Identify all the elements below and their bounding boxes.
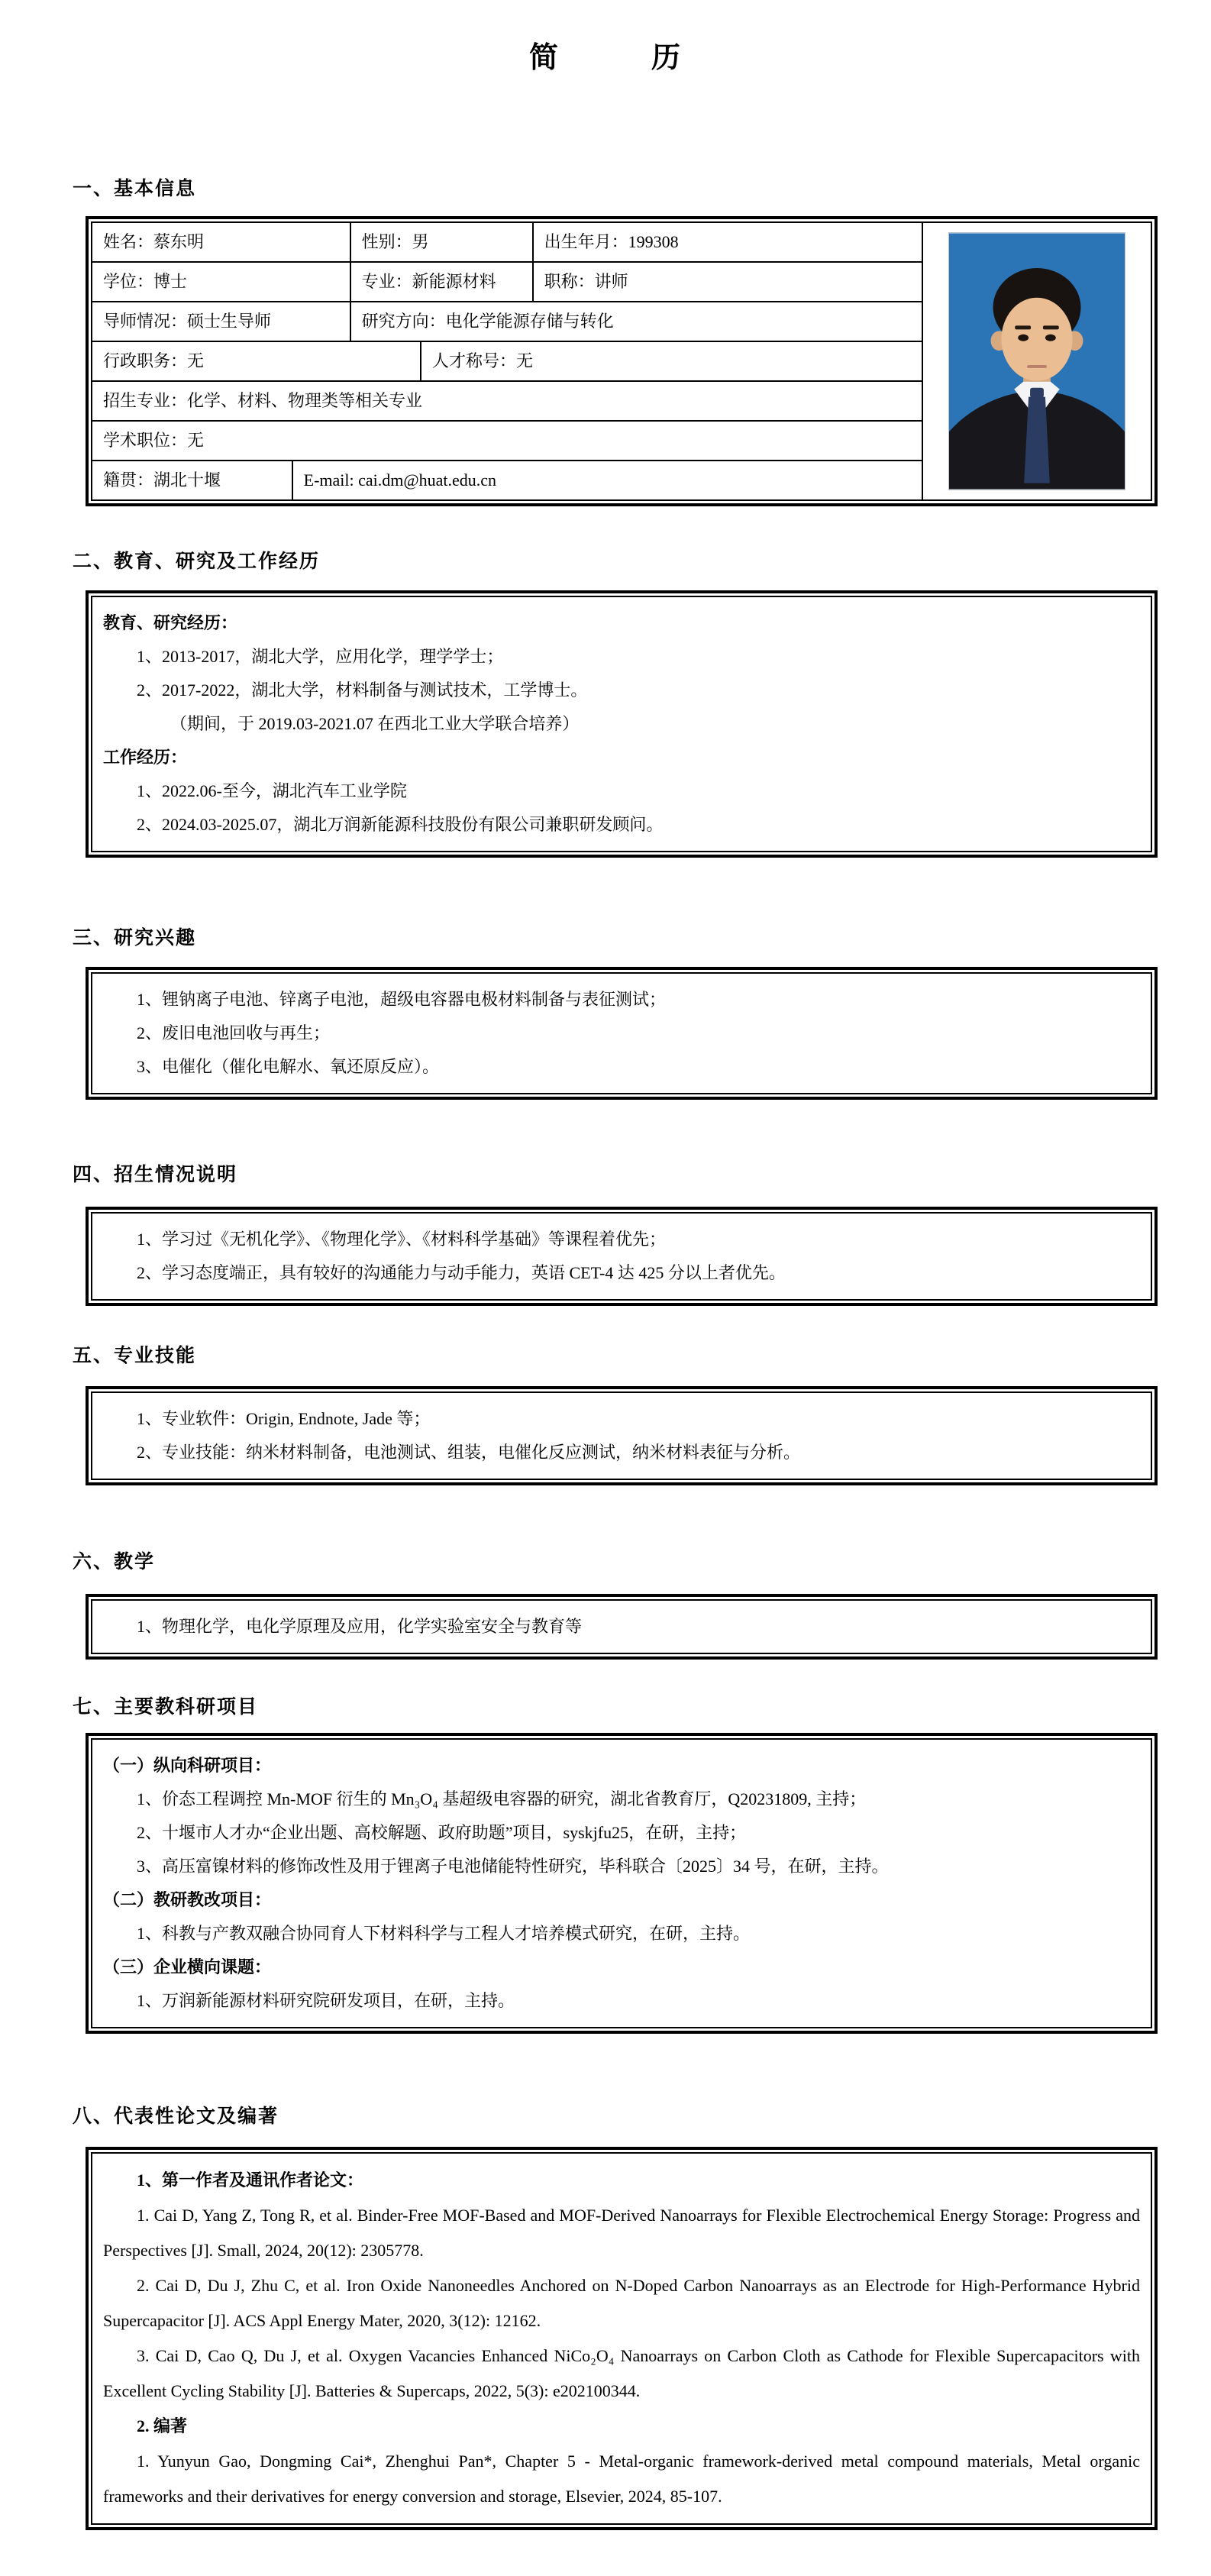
section-heading-projects: 七、主要教科研项目 <box>73 1692 1158 1719</box>
section-heading-skills: 五、专业技能 <box>73 1340 1158 1368</box>
photo-face <box>1001 298 1072 381</box>
info-cell-degree: 学位：博士 <box>92 263 350 301</box>
teaching-box-inner: 1、物理化学，电化学原理及应用，化学实验室安全与教育等 <box>91 1599 1152 1654</box>
list-item: 2、专业技能：纳米材料制备，电池测试、组装，电催化反应测试，纳米材料表征与分析。 <box>103 1436 1140 1469</box>
profile-photo <box>948 232 1125 490</box>
list-item: 1、万润新能源材料研究院研发项目，在研，主持。 <box>103 1984 1140 2018</box>
interests-box-inner: 1、锂钠离子电池、锌离子电池，超级电容器电极材料制备与表征测试； 2、废旧电池回… <box>91 972 1152 1094</box>
photo-tie-knot <box>1030 388 1044 398</box>
table-row: 姓名：蔡东明 性别：男 出生年月：199308 <box>92 223 922 261</box>
table-row: 导师情况：硕士生导师 研究方向：电化学能源存储与转化 <box>92 301 922 341</box>
table-row: 学位：博士 专业：新能源材料 职称：讲师 <box>92 261 922 301</box>
list-item: 1、2013-2017，湖北大学，应用化学，理学学士； <box>103 640 1140 674</box>
info-cell-recruit-major: 招生专业：化学、材料、物理类等相关专业 <box>92 382 922 420</box>
education-note: （期间，于 2019.03-2021.07 在西北工业大学联合培养） <box>103 707 1140 741</box>
paper-item: 1. Cai D, Yang Z, Tong R, et al. Binder-… <box>103 2198 1140 2268</box>
experience-box: 教育、研究经历： 1、2013-2017，湖北大学，应用化学，理学学士； 2、2… <box>86 590 1158 858</box>
resume-page: 简 历 一、基本信息 姓名：蔡东明 性别：男 出生年月：199308 学位：博士… <box>0 0 1211 2576</box>
teaching-box: 1、物理化学，电化学原理及应用，化学实验室安全与教育等 <box>86 1594 1158 1660</box>
info-cell-title: 职称：讲师 <box>532 263 922 301</box>
papers-box-inner: 1、第一作者及通讯作者论文： 1. Cai D, Yang Z, Tong R,… <box>91 2152 1152 2525</box>
paper-item: 2. Cai D, Du J, Zhu C, et al. Iron Oxide… <box>103 2268 1140 2338</box>
skills-box: 1、专业软件：Origin, Endnote, Jade 等； 2、专业技能：纳… <box>86 1386 1158 1485</box>
table-row: 招生专业：化学、材料、物理类等相关专业 <box>92 380 922 420</box>
info-cell-gender: 性别：男 <box>350 223 532 261</box>
list-item: 1、价态工程调控 Mn-MOF 衍生的 Mn₃O₄ 基超级电容器的研究，湖北省教… <box>103 1783 1140 1816</box>
info-cell-major: 专业：新能源材料 <box>350 263 532 301</box>
books-subheading: 2. 编著 <box>103 2409 1140 2444</box>
list-item: 2、废旧电池回收与再生； <box>103 1017 1140 1050</box>
section-heading-papers: 八、代表性论文及编著 <box>73 2101 1158 2128</box>
projects-box: （一）纵向科研项目： 1、价态工程调控 Mn-MOF 衍生的 Mn₃O₄ 基超级… <box>86 1733 1158 2034</box>
list-item: 2、2017-2022，湖北大学，材料制备与测试技术，工学博士。 <box>103 674 1140 707</box>
list-item: 1、科教与产教双融合协同育人下材料科学与工程人才培养模式研究，在研，主持。 <box>103 1917 1140 1951</box>
info-cell-talent-title: 人才称号：无 <box>420 342 922 380</box>
section-heading-admission: 四、招生情况说明 <box>73 1159 1158 1187</box>
photo-eye-left <box>1018 335 1029 341</box>
interests-box: 1、锂钠离子电池、锌离子电池，超级电容器电极材料制备与表征测试； 2、废旧电池回… <box>86 967 1158 1100</box>
table-row: 籍贯：湖北十堰 E-mail: cai.dm@huat.edu.cn <box>92 460 922 499</box>
photo-eyebrow-left <box>1015 325 1031 329</box>
admission-box-inner: 1、学习过《无机化学》、《物理化学》、《材料科学基础》等课程着优先； 2、学习态… <box>91 1212 1152 1301</box>
table-row: 学术职位：无 <box>92 420 922 460</box>
list-item: 2、学习态度端正，具有较好的沟通能力与动手能力，英语 CET-4 达 425 分… <box>103 1256 1140 1290</box>
project-group-heading: （三）企业横向课题： <box>103 1951 1140 1984</box>
experience-box-inner: 教育、研究经历： 1、2013-2017，湖北大学，应用化学，理学学士； 2、2… <box>91 596 1152 852</box>
photo-eye-right <box>1045 335 1056 341</box>
basic-info-box: 姓名：蔡东明 性别：男 出生年月：199308 学位：博士 专业：新能源材料 职… <box>86 216 1158 506</box>
section-heading-experience: 二、教育、研究及工作经历 <box>73 546 1158 574</box>
photo-cell <box>922 223 1151 499</box>
info-cell-hometown: 籍贯：湖北十堰 <box>92 461 292 499</box>
photo-eyebrow-right <box>1043 325 1059 329</box>
document-title: 简 历 <box>53 34 1158 76</box>
basic-info-table: 姓名：蔡东明 性别：男 出生年月：199308 学位：博士 专业：新能源材料 职… <box>92 223 922 499</box>
info-cell-admin-post: 行政职务：无 <box>92 342 420 380</box>
list-item: 1、物理化学，电化学原理及应用，化学实验室安全与教育等 <box>103 1610 1140 1644</box>
list-item: 3、高压富镍材料的修饰改性及用于锂离子电池储能特性研究，毕科联合〔2025〕34… <box>103 1850 1140 1883</box>
list-item: 1、学习过《无机化学》、《物理化学》、《材料科学基础》等课程着优先； <box>103 1223 1140 1256</box>
info-cell-academic-post: 学术职位：无 <box>92 422 922 460</box>
project-group-heading: （二）教研教改项目： <box>103 1883 1140 1917</box>
list-item: 2、十堰市人才办“企业出题、高校解题、政府助题”项目，syskjfu25，在研，… <box>103 1816 1140 1850</box>
skills-box-inner: 1、专业软件：Origin, Endnote, Jade 等； 2、专业技能：纳… <box>91 1391 1152 1480</box>
list-item: 1、专业软件：Origin, Endnote, Jade 等； <box>103 1402 1140 1436</box>
project-group-heading: （一）纵向科研项目： <box>103 1749 1140 1783</box>
paper-item: 3. Cai D, Cao Q, Du J, et al. Oxygen Vac… <box>103 2338 1140 2409</box>
admission-box: 1、学习过《无机化学》、《物理化学》、《材料科学基础》等课程着优先； 2、学习态… <box>86 1207 1158 1306</box>
section-heading-interests: 三、研究兴趣 <box>73 923 1158 950</box>
papers-box: 1、第一作者及通讯作者论文： 1. Cai D, Yang Z, Tong R,… <box>86 2147 1158 2530</box>
education-subheading: 教育、研究经历： <box>103 606 1140 640</box>
info-cell-birth: 出生年月：199308 <box>532 223 922 261</box>
basic-info-inner: 姓名：蔡东明 性别：男 出生年月：199308 学位：博士 专业：新能源材料 职… <box>91 221 1152 501</box>
info-cell-name: 姓名：蔡东明 <box>92 223 350 261</box>
list-item: 1、锂钠离子电池、锌离子电池，超级电容器电极材料制备与表征测试； <box>103 983 1140 1017</box>
info-cell-research-direction: 研究方向：电化学能源存储与转化 <box>350 302 922 341</box>
first-author-subheading: 1、第一作者及通讯作者论文： <box>103 2163 1140 2198</box>
work-subheading: 工作经历： <box>103 741 1140 774</box>
book-item: 1. Yunyun Gao, Dongming Cai*, Zhenghui P… <box>103 2444 1140 2514</box>
projects-box-inner: （一）纵向科研项目： 1、价态工程调控 Mn-MOF 衍生的 Mn₃O₄ 基超级… <box>91 1738 1152 2028</box>
section-heading-basic: 一、基本信息 <box>73 173 1158 201</box>
resume-content: 简 历 一、基本信息 姓名：蔡东明 性别：男 出生年月：199308 学位：博士… <box>0 0 1211 2576</box>
list-item: 2、2024.03-2025.07，湖北万润新能源科技股份有限公司兼职研发顾问。 <box>103 808 1140 842</box>
info-cell-supervisor: 导师情况：硕士生导师 <box>92 302 350 341</box>
table-row: 行政职务：无 人才称号：无 <box>92 341 922 380</box>
list-item: 3、电催化（催化电解水、氧还原反应）。 <box>103 1050 1140 1084</box>
photo-mouth <box>1027 365 1047 368</box>
info-cell-email: E-mail: cai.dm@huat.edu.cn <box>292 461 922 499</box>
section-heading-teaching: 六、教学 <box>73 1547 1158 1574</box>
list-item: 1、2022.06-至今，湖北汽车工业学院 <box>103 774 1140 808</box>
